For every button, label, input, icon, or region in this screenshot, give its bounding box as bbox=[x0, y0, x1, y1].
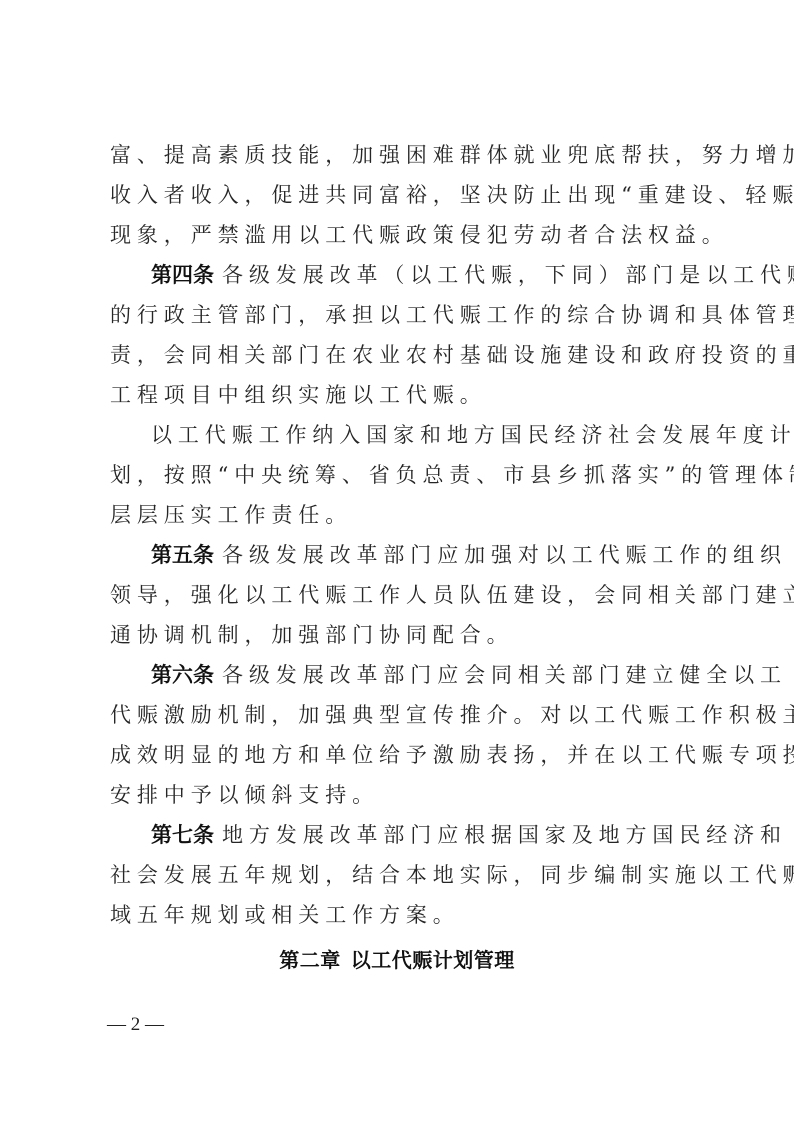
paragraph-plan: 以工代赈工作纳入国家和地方国民经济社会发展年度计 划，按照“中央统筹、省负总责、… bbox=[110, 415, 690, 535]
text-line: 第四条各级发展改革（以工代赈，下同）部门是以工代赈 bbox=[110, 255, 690, 295]
text-line: 代赈激励机制，加强典型宣传推介。对以工代赈工作积极主动、 bbox=[110, 695, 690, 735]
text-line: 工程项目中组织实施以工代赈。 bbox=[110, 375, 690, 415]
article-4: 第四条各级发展改革（以工代赈，下同）部门是以工代赈 的行政主管部门，承担以工代赈… bbox=[110, 255, 690, 415]
text-line: 社会发展五年规划，结合本地实际，同步编制实施以工代赈领 bbox=[110, 855, 690, 895]
article-7: 第七条地方发展改革部门应根据国家及地方国民经济和 社会发展五年规划，结合本地实际… bbox=[110, 815, 690, 935]
article-6: 第六条各级发展改革部门应会同相关部门建立健全以工 代赈激励机制，加强典型宣传推介… bbox=[110, 655, 690, 815]
article-text: 各级发展改革（以工代赈，下同）部门是以工代赈 bbox=[222, 263, 794, 287]
text-line: 域五年规划或相关工作方案。 bbox=[110, 895, 690, 935]
text-line: 领导，强化以工代赈工作人员队伍建设，会同相关部门建立沟 bbox=[110, 575, 690, 615]
text-line: 安排中予以倾斜支持。 bbox=[110, 775, 690, 815]
article-text: 各级发展改革部门应会同相关部门建立健全以工 bbox=[222, 663, 787, 687]
text-line: 责，会同相关部门在农业农村基础设施建设和政府投资的重点 bbox=[110, 335, 690, 375]
text-line: 的行政主管部门，承担以工代赈工作的综合协调和具体管理职 bbox=[110, 295, 690, 335]
text-line: 层层压实工作责任。 bbox=[110, 495, 690, 535]
chapter-title: 以工代赈计划管理 bbox=[351, 948, 515, 972]
article-label: 第五条 bbox=[151, 543, 214, 567]
paragraph-continuation: 富、提高素质技能，加强困难群体就业兜底帮扶，努力增加低 收入者收入，促进共同富裕… bbox=[110, 135, 690, 255]
text-line: 现象，严禁滥用以工代赈政策侵犯劳动者合法权益。 bbox=[110, 215, 690, 255]
text-line: 以工代赈工作纳入国家和地方国民经济社会发展年度计 bbox=[110, 415, 690, 455]
chapter-heading: 第二章以工代赈计划管理 bbox=[0, 944, 794, 973]
text-line: 通协调机制，加强部门协同配合。 bbox=[110, 615, 690, 655]
article-text: 各级发展改革部门应加强对以工代赈工作的组织 bbox=[222, 543, 787, 567]
text-line: 划，按照“中央统筹、省负总责、市县乡抓落实”的管理体制， bbox=[110, 455, 690, 495]
article-label: 第七条 bbox=[151, 823, 214, 847]
text-line: 第五条各级发展改革部门应加强对以工代赈工作的组织 bbox=[110, 535, 690, 575]
text-line: 第六条各级发展改革部门应会同相关部门建立健全以工 bbox=[110, 655, 690, 695]
chapter-number: 第二章 bbox=[279, 948, 341, 972]
text-line: 第七条地方发展改革部门应根据国家及地方国民经济和 bbox=[110, 815, 690, 855]
document-body: 富、提高素质技能，加强困难群体就业兜底帮扶，努力增加低 收入者收入，促进共同富裕… bbox=[110, 135, 690, 935]
text-line: 收入者收入，促进共同富裕，坚决防止出现“重建设、轻赈济” bbox=[110, 175, 690, 215]
text-line: 成效明显的地方和单位给予激励表扬，并在以工代赈专项投资 bbox=[110, 735, 690, 775]
article-text: 地方发展改革部门应根据国家及地方国民经济和 bbox=[222, 823, 787, 847]
page-number: — 2 — bbox=[107, 1014, 164, 1036]
text-line: 富、提高素质技能，加强困难群体就业兜底帮扶，努力增加低 bbox=[110, 135, 690, 175]
article-label: 第六条 bbox=[151, 663, 214, 687]
article-label: 第四条 bbox=[151, 263, 214, 287]
article-5: 第五条各级发展改革部门应加强对以工代赈工作的组织 领导，强化以工代赈工作人员队伍… bbox=[110, 535, 690, 655]
